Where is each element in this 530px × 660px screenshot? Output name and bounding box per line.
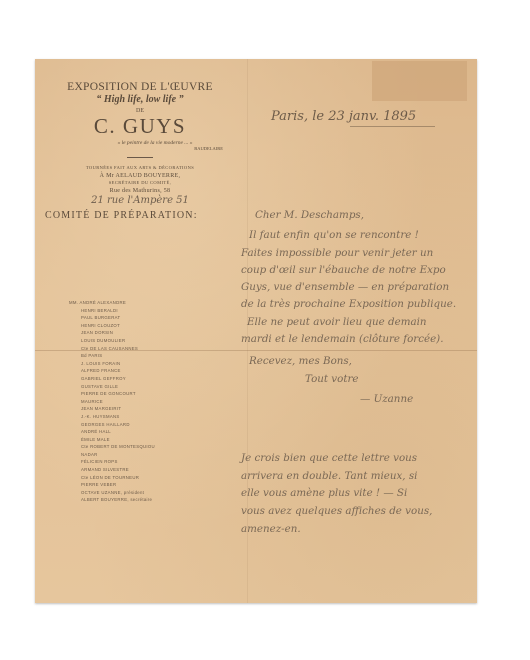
postscript-line: arrivera en double. Tant mieux, si bbox=[241, 470, 417, 482]
letter-signature: — Uzanne bbox=[360, 393, 413, 405]
committee-member: HENRI BERALDI bbox=[81, 307, 155, 315]
handwritten-address: 21 rue l'Ampère 51 bbox=[35, 195, 245, 206]
committee-member: ARMAND SILVESTRE bbox=[81, 466, 155, 474]
committee-member: Cte LÉON DE TOURNEUR bbox=[81, 474, 155, 482]
letter-sheet: EXPOSITION DE L'ŒUVRE “ High life, low l… bbox=[35, 59, 477, 603]
committee-member: MM. ANDRÉ ALEXANDRE bbox=[69, 299, 155, 307]
committee-member: JEAN DORSIN bbox=[81, 329, 155, 337]
paper-stain-patch bbox=[372, 61, 467, 101]
letterhead-line1: TOURNÉES FAIT AUX ARTS & DÉCORATIONS bbox=[35, 164, 245, 172]
committee-member: GABRIEL GEFFROY bbox=[81, 375, 155, 383]
committee-member: ALBERT BOUYERRE, secrétaire bbox=[81, 496, 155, 504]
letterhead-quote-attribution: BAUDELAIRE bbox=[35, 146, 245, 151]
letter-line: Il faut enfin qu'on se rencontre ! bbox=[249, 229, 419, 241]
letter-closing: Tout votre bbox=[305, 373, 358, 385]
committee-list: MM. ANDRÉ ALEXANDRE HENRI BERALDI PAUL B… bbox=[69, 299, 155, 504]
letter-salutation: Cher M. Deschamps, bbox=[255, 209, 364, 221]
fold-line-vertical bbox=[247, 59, 248, 603]
letter-line: mardi et le lendemain (clôture forcée). bbox=[241, 333, 443, 345]
letter-closing: Recevez, mes Bons, bbox=[249, 355, 352, 367]
committee-member: PIERRE VEBER bbox=[81, 481, 155, 489]
letterhead-title: EXPOSITION DE L'ŒUVRE bbox=[35, 81, 245, 93]
committee-member: GUSTAVE GILLE bbox=[81, 383, 155, 391]
postscript-line: amenez-en. bbox=[241, 523, 301, 535]
letterhead-subtitle: “ High life, low life ” bbox=[35, 94, 245, 105]
committee-heading: COMITÉ DE PRÉPARATION: bbox=[35, 210, 245, 221]
letter-line: Guys, vue d'ensemble — en préparation bbox=[241, 281, 449, 293]
postscript-line: elle vous amène plus vite ! — Si bbox=[241, 487, 407, 499]
committee-member: NADAR bbox=[81, 451, 155, 459]
committee-member: Cte ROBERT DE MONTESQUIOU bbox=[81, 443, 155, 451]
letterhead-line3: SECRÉTAIRE DU COMITÉ, bbox=[35, 179, 245, 187]
committee-member: GEORGES HAILLARD bbox=[81, 421, 155, 429]
letter-date: Paris, le 23 janv. 1895 bbox=[271, 109, 416, 124]
postscript-line: Je crois bien que cette lettre vous bbox=[241, 452, 417, 464]
letterhead: EXPOSITION DE L'ŒUVRE “ High life, low l… bbox=[35, 81, 245, 221]
committee-member: ÉMILE MALE bbox=[81, 436, 155, 444]
committee-member: Bd PARIS bbox=[81, 352, 155, 360]
postscript-line: vous avez quelques affiches de vous, bbox=[241, 505, 432, 517]
committee-member: FÉLICIEN ROPS bbox=[81, 458, 155, 466]
letter-line: Faites impossible pour venir jeter un bbox=[241, 247, 433, 259]
committee-member: HENRI CLOUZOT bbox=[81, 322, 155, 330]
letter-line: de la très prochaine Exposition publique… bbox=[241, 298, 456, 310]
date-underline bbox=[350, 126, 435, 127]
committee-member: LOUIS DUMOULIER bbox=[81, 337, 155, 345]
committee-member: ANDRÉ HALL bbox=[81, 428, 155, 436]
committee-member: Cte DE LAS CAUSANNES bbox=[81, 345, 155, 353]
committee-member: J. LOUIS FORAIN bbox=[81, 360, 155, 368]
letterhead-artist: C. GUYS bbox=[35, 114, 245, 139]
committee-member: OCTAVE UZANNE, président bbox=[81, 489, 155, 497]
committee-member: MAURICE bbox=[81, 398, 155, 406]
committee-member: ALFRED FRANCE bbox=[81, 367, 155, 375]
letter-line: Elle ne peut avoir lieu que demain bbox=[247, 316, 427, 328]
letter-line: coup d'œil sur l'ébauche de notre Expo bbox=[241, 264, 446, 276]
committee-member: PAUL BURGERAT bbox=[81, 314, 155, 322]
committee-member: PIERRE DE GONCOURT bbox=[81, 390, 155, 398]
committee-member: J.-K. HUYSMANS bbox=[81, 413, 155, 421]
committee-member: JEAN MARGEIRIT bbox=[81, 405, 155, 413]
letterhead-address: Rue des Mathurins, 58 bbox=[35, 188, 245, 194]
ornament-divider bbox=[127, 157, 153, 158]
